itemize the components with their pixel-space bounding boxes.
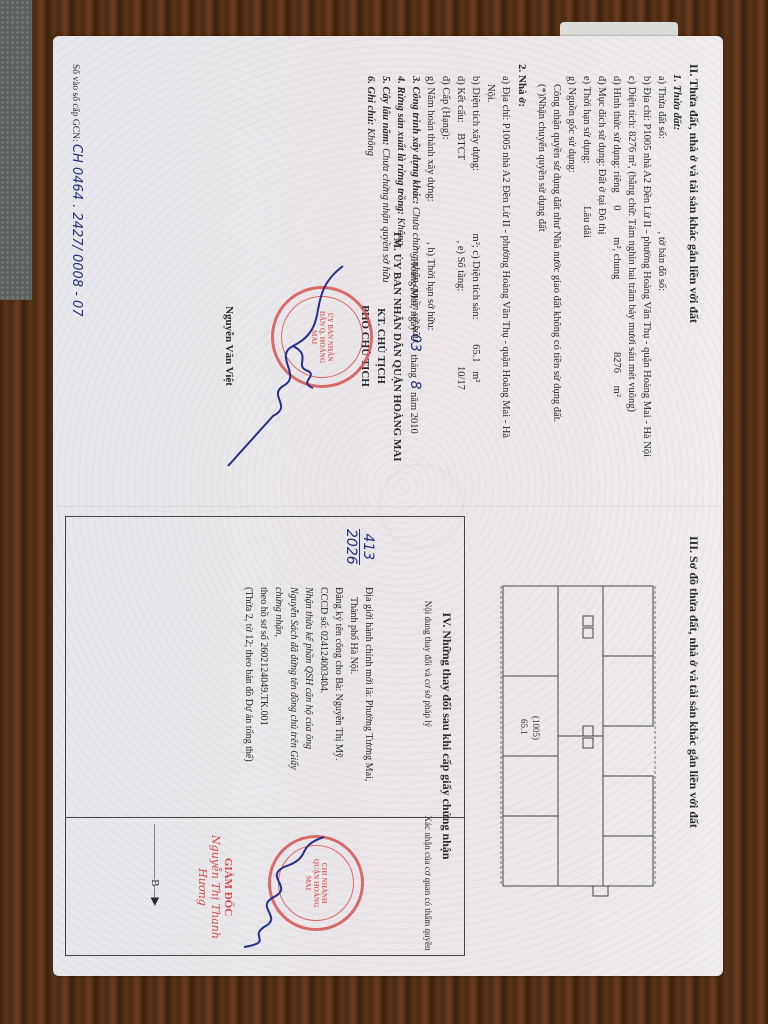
table-header: Nội dung thay đổi và cơ sở pháp lý Xác n… [421, 517, 435, 955]
section-ii-panel: II. Thửa đất, nhà ở và tài sản khác gắn … [53, 36, 723, 506]
signer-name: Nguyễn Văn Việt [221, 186, 237, 506]
land-origin-detail: Công nhận quyền sử dụng đất như Nhà nước… [549, 84, 564, 488]
north-label: B [149, 879, 161, 886]
land-usage-form: d) Hình thức sử dụng: riêng 0 m², chung … [609, 76, 624, 488]
land-area: c) Diện tích: 8276 m², (bằng chữ: Tám ng… [624, 76, 639, 488]
house-address: a) Địa chỉ: P1005 nhà A2 Đền Lừ II - phư… [498, 76, 513, 488]
issuing-authority: TM. ỦY BAN NHÂN DÂN QUẬN HOÀNG MAI [389, 186, 405, 506]
director-title: GIÁM ĐỐC [222, 817, 234, 957]
stone-floor-background [0, 0, 32, 300]
house-subtitle: 2. Nhà ở: [516, 64, 528, 488]
house-structure: d) Kết cấu: BTCT , e) Số tầng: 10/17 [453, 76, 468, 488]
house-completion: g) Năm hoàn thành xây dựng: , h) Thời hạ… [423, 76, 438, 488]
land-subtitle: 1. Thửa đất: [671, 74, 683, 488]
land-parcel-number: a) Thửa đất số: , tờ bản đồ số: [654, 76, 669, 488]
table-divider [66, 817, 464, 818]
section-iii-title: III. Sơ đồ thửa đất, nhà ở và tài sản kh… [686, 536, 701, 956]
svg-text:(1005): (1005) [531, 716, 541, 740]
district-seal-stamp: ỦY BAN NHÂN DÂN Q. HOÀNG MAI [271, 286, 373, 388]
land-purpose: đ) Mục đích sử dụng: Đất ở tại Đô thị [594, 76, 609, 488]
land-use-certificate-page: II. Thửa đất, nhà ở và tài sản khác gắn … [53, 36, 723, 976]
changes-table: IV. Những thay đổi sau khi cấp giấy chứn… [65, 516, 465, 956]
signer-kt: KT. CHỦ TỊCH [373, 186, 389, 506]
section-ii-title: II. Thửa đất, nhà ở và tài sản khác gắn … [686, 64, 701, 488]
land-address: b) Địa chỉ: P1005 nhà A2 Đền Lừ II - phư… [639, 76, 654, 488]
house-address-cont: Nội. [483, 84, 498, 488]
north-arrow: —————B—▶ [149, 824, 162, 906]
land-origin: g) Nguồn gốc sử dụng: [564, 76, 579, 488]
entry-number: 413 2026 [343, 529, 376, 565]
svg-text:65.1: 65.1 [519, 719, 529, 735]
branch-seal-stamp: CHI NHÁNH QUẬN HOÀNG MAI [268, 835, 364, 931]
house-grade: đ) Cấp (Hạng): [438, 76, 453, 488]
col-changes-header: Nội dung thay đổi và cơ sở pháp lý [421, 517, 435, 811]
registry-number: Số vào sổ cấp GCN: CH 0464 . 2427/ 0008 … [69, 64, 84, 317]
land-origin-transfer: (*)Nhận chuyển quyền sử dụng đất [534, 84, 549, 488]
floor-plan-diagram: (1005) 65.1 [493, 576, 663, 936]
land-term: e) Thời hạn sử dụng: Lâu dài [579, 76, 594, 488]
section-iv-title: IV. Những thay đổi sau khi cấp giấy chứn… [435, 517, 464, 955]
section-iii-iv-panel: III. Sơ đồ thửa đất, nhà ở và tài sản kh… [53, 506, 723, 976]
director-block: GIÁM ĐỐC Nguyễn Thị Thanh Hương [196, 817, 234, 957]
change-entry: Địa giới hành chính mới là: Phường Tương… [241, 587, 376, 817]
col-confirm-header: Xác nhận của cơ quan có thẩm quyền [421, 811, 435, 955]
signing-date: Hoàng Mai, ngày 03 tháng 8 năm 2010 [405, 186, 423, 506]
house-area: b) Diện tích xây dựng: m²; c) Diện tích … [468, 76, 483, 488]
director-name: Nguyễn Thị Thanh Hương [196, 817, 222, 957]
